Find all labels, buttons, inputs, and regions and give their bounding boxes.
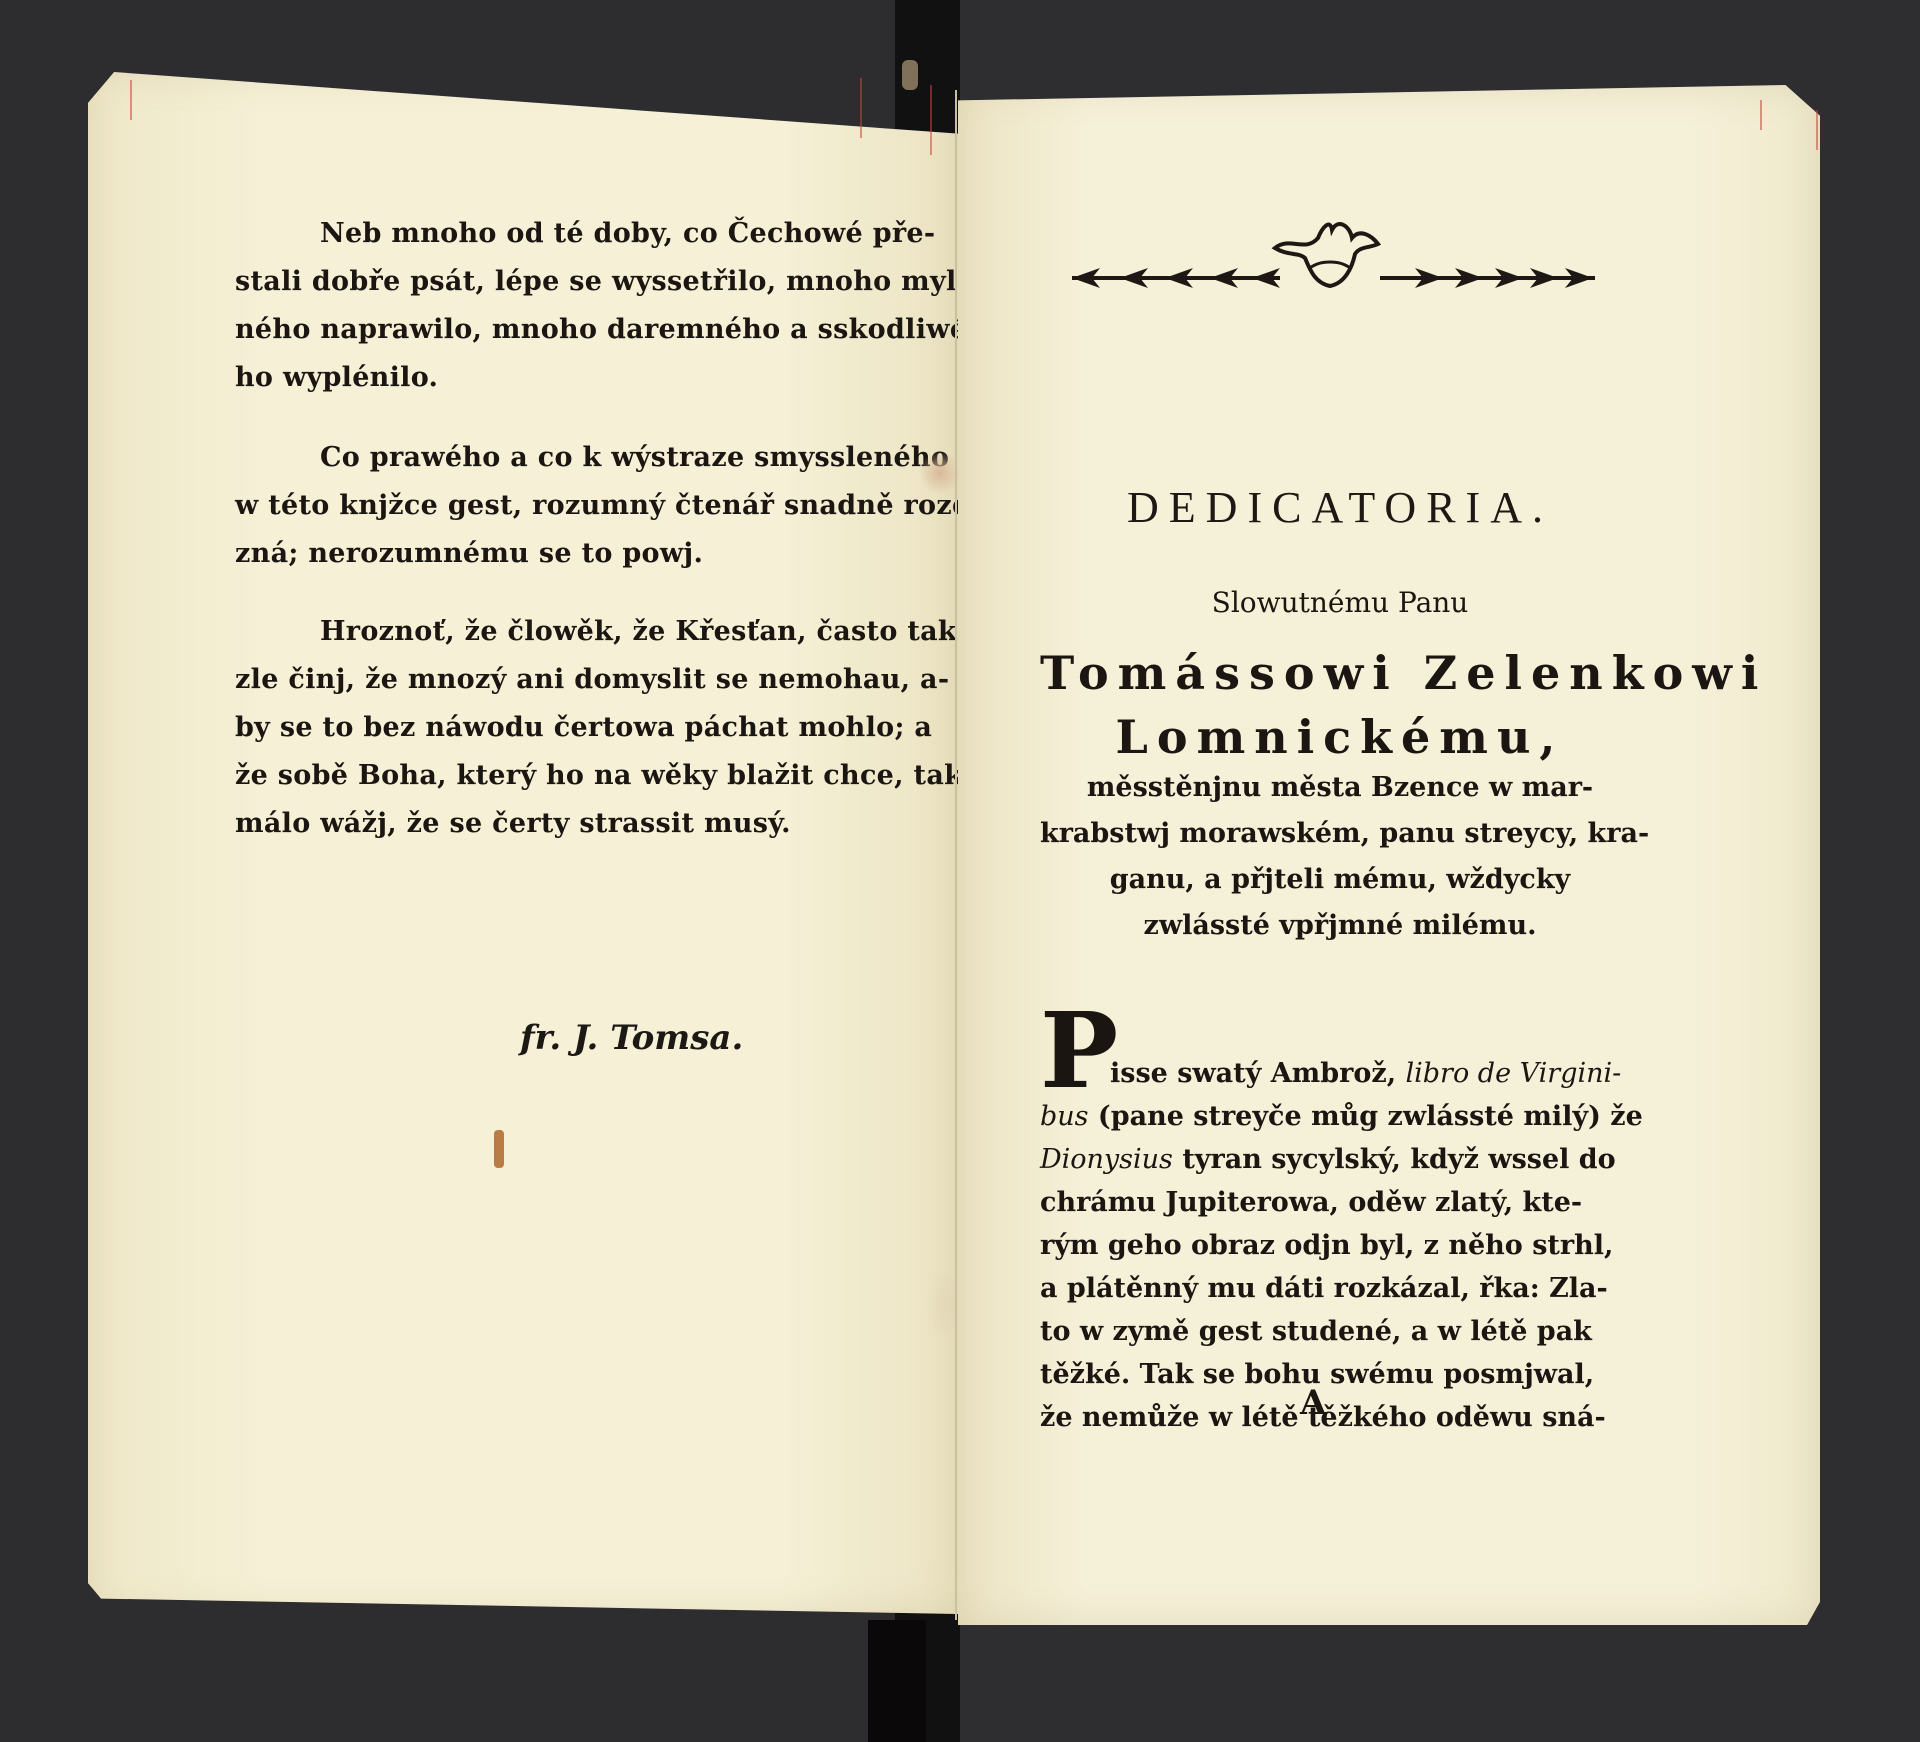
handwritten-signature: fr. J. Tomsa.: [520, 1018, 743, 1058]
text-line: a plátěnný mu dáti rozkázal, řka: Zla-: [1040, 1267, 1600, 1310]
text-run: (pane streyče můg zwlássté milý) že: [1089, 1101, 1643, 1132]
dedication-salutation: Slowutnému Panu: [1040, 586, 1640, 619]
dedication-address-line: měsstěnjnu města Bzence w mar-: [1040, 772, 1640, 803]
page-gutter-line: [955, 90, 957, 1620]
text-line: isse swatý Ambrož, libro de Virgini-: [1040, 1052, 1600, 1095]
text-line: málo wážj, že se čerty strassit musý.: [235, 800, 895, 848]
latin-text-run: libro de Virgini-: [1406, 1058, 1622, 1089]
paragraph-2: Co prawého a co k wýstraze smyssleného w…: [235, 434, 895, 578]
binding-gap-bottom: [868, 1620, 926, 1742]
text-line: chrámu Jupiterowa, oděw zlatý, kte-: [1040, 1181, 1600, 1224]
dedication-address-line: ganu, a přjteli mému, wždycky: [1040, 864, 1640, 895]
text-line: by se to bez náwodu čertowa páchat mohlo…: [235, 704, 895, 752]
headpiece-ornament-icon: [1060, 208, 1600, 288]
text-line: Dionysius tyran sycylský, když wssel do: [1040, 1138, 1600, 1181]
dedicatee-name: Tomássowi Zelenkowi: [1040, 646, 1640, 700]
paragraph-3: Hroznoť, že člowěk, že Křesťan, často ta…: [235, 608, 895, 848]
text-line: stali dobře psát, lépe se wyssetřilo, mn…: [235, 258, 895, 306]
printer-signature-mark: A: [1300, 1383, 1326, 1423]
text-line: že sobě Boha, který ho na wěky blažit ch…: [235, 752, 895, 800]
text-line: Hroznoť, že člowěk, že Křesťan, často ta…: [235, 608, 895, 656]
red-edge-mark: [130, 80, 132, 120]
red-edge-mark: [930, 85, 932, 155]
text-run: tyran sycylský, když wssel do: [1173, 1144, 1616, 1175]
paragraph-1: Neb mnoho od té doby, co Čechowé pře- st…: [235, 210, 895, 402]
text-line: Co prawého a co k wýstraze smyssleného: [235, 434, 895, 482]
dedication-address-line: zwlássté vpřjmné milému.: [1040, 910, 1640, 941]
dedication-body: P isse swatý Ambrož, libro de Virgini- b…: [1040, 1000, 1600, 1439]
text-line: zle činj, že mnozý ani domyslit se nemoh…: [235, 656, 895, 704]
paper-stain: [494, 1130, 504, 1168]
text-line: zná; nerozumnému se to powj.: [235, 530, 895, 578]
red-edge-mark: [860, 78, 862, 138]
dedication-title: DEDICATORIA.: [1090, 482, 1590, 533]
text-line: ného naprawilo, mnoho daremného a sskodl…: [235, 306, 895, 354]
text-line: to w zymě gest studené, a w létě pak: [1040, 1310, 1600, 1353]
dedication-address-line: krabstwj morawském, panu streycy, kra-: [1040, 818, 1640, 849]
binding-thread: [902, 60, 918, 90]
paper-stain: [920, 450, 960, 496]
drop-cap: P: [1040, 1006, 1118, 1096]
latin-text-run: Dionysius: [1040, 1144, 1173, 1175]
red-edge-mark: [1816, 110, 1818, 150]
text-line: Neb mnoho od té doby, co Čechowé pře-: [235, 210, 895, 258]
text-line: rým geho obraz odjn byl, z něho strhl,: [1040, 1224, 1600, 1267]
text-line: ho wyplénilo.: [235, 354, 895, 402]
dedicatee-surname-line: Lomnickému,: [1040, 710, 1640, 764]
text-line: bus (pane streyče můg zwlássté milý) že: [1040, 1095, 1600, 1138]
red-edge-mark: [1760, 100, 1762, 130]
text-run: isse swatý Ambrož,: [1110, 1058, 1406, 1089]
text-line: w této knjžce gest, rozumný čtenář snadn…: [235, 482, 895, 530]
